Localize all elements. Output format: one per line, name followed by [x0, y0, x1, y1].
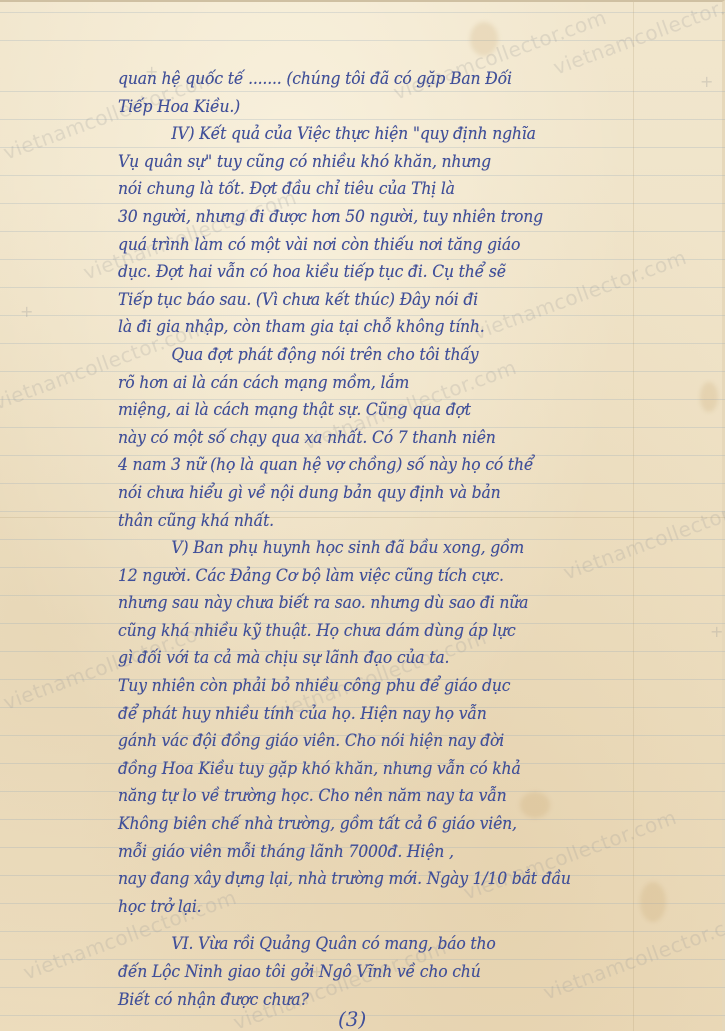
text-line: Không biên chế nhà trường, gồm tất cả 6 …: [118, 811, 670, 839]
text-line: nhưng sau này chưa biết ra sao. nhưng dù…: [118, 590, 670, 618]
text-line: miệng, ai là cách mạng thật sự. Cũng qua…: [118, 397, 670, 425]
text-line: gánh vác đội đồng giáo viên. Cho nói hiệ…: [118, 728, 670, 756]
text-line: Tiếp tục báo sau. (Vì chưa kết thúc) Đây…: [118, 287, 670, 315]
text-line: quan hệ quốc tế ....... (chúng tôi đã có…: [118, 66, 670, 94]
text-line: đến Lộc Ninh giao tôi gởi Ngô Vĩnh về ch…: [118, 959, 670, 987]
text-line: Vụ quân sự" tuy cũng có nhiều khó khăn, …: [118, 149, 670, 177]
text-line: gì đối với ta cả mà chịu sự lãnh đạo của…: [118, 645, 670, 673]
text-line: V) Ban phụ huynh học sinh đã bầu xong, g…: [118, 535, 670, 563]
text-line: Tuy nhiên còn phải bỏ nhiều công phu để …: [118, 673, 670, 701]
text-line: năng tự lo về trường học. Cho nên năm na…: [118, 783, 670, 811]
text-line: thân cũng khá nhất.: [118, 508, 670, 536]
text-line: nói chưa hiểu gì về nội dung bản quy địn…: [118, 480, 670, 508]
text-line: cũng khá nhiều kỹ thuật. Họ chưa dám dùn…: [118, 618, 670, 646]
text-line: để phát huy nhiều tính của họ. Hiện nay …: [118, 701, 670, 729]
text-line: này có một số chạy qua xa nhất. Có 7 tha…: [118, 425, 670, 453]
text-line: dục. Đợt hai vẫn có hoa kiều tiếp tục đi…: [118, 259, 670, 287]
page-number: (3): [338, 1007, 366, 1031]
text-line: đồng Hoa Kiều tuy gặp khó khăn, nhưng vẫ…: [118, 756, 670, 784]
text-line: rõ hơn ai là cán cách mạng mồm, lắm: [118, 370, 670, 398]
text-line: VI. Vừa rồi Quảng Quân có mang, báo tho: [118, 931, 670, 959]
text-line: 4 nam 3 nữ (họ là quan hệ vợ chồng) số n…: [118, 452, 670, 480]
text-line: mỗi giáo viên mỗi tháng lãnh 7000đ. Hiện…: [118, 839, 670, 867]
text-line: quá trình làm có một vài nơi còn thiếu n…: [118, 232, 670, 260]
text-line: học trở lại.: [118, 894, 670, 922]
text-line: IV) Kết quả của Việc thực hiện "quy định…: [118, 121, 670, 149]
text-line: nói chung là tốt. Đợt đầu chỉ tiêu của T…: [118, 176, 670, 204]
text-line: 12 người. Các Đảng Cơ bộ làm việc cũng t…: [118, 563, 670, 591]
text-line: Tiếp Hoa Kiều.): [118, 94, 670, 122]
text-line: 30 người, nhưng đi được hơn 50 người, tu…: [118, 204, 670, 232]
text-line: là đi gia nhập, còn tham gia tại chỗ khô…: [118, 314, 670, 342]
paragraph-gap: [118, 921, 718, 931]
paper-sheet: vietnamcollector.com vietnamcollector.co…: [0, 0, 725, 1031]
text-line: Qua đợt phát động nói trên cho tôi thấy: [118, 342, 670, 370]
text-line: Biết có nhận được chưa?: [118, 987, 670, 1015]
text-line: nay đang xây dựng lại, nhà trường mới. N…: [118, 866, 670, 894]
handwritten-text: quan hệ quốc tế ....... (chúng tôi đã có…: [118, 66, 718, 1014]
paper-stain: [470, 22, 498, 56]
